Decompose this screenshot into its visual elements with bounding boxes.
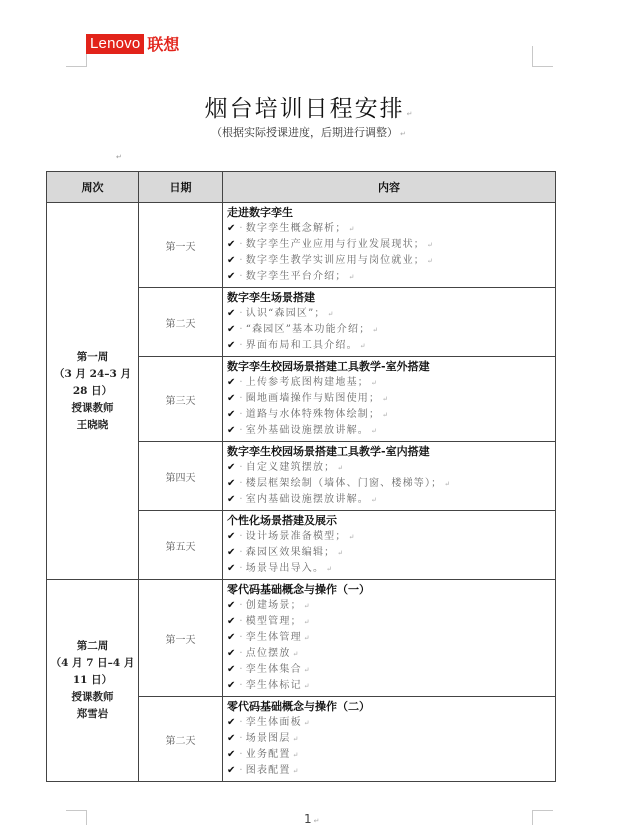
bullet-dot: · bbox=[239, 255, 243, 266]
list-item: ✔·孪生体集合↵ bbox=[227, 662, 551, 678]
bullet-dot: · bbox=[239, 664, 243, 675]
content-cell: 零代码基础概念与操作（一）✔·创建场景；↵✔·模型管理；↵✔·孪生体管理↵✔·点… bbox=[223, 580, 556, 697]
return-mark-icon: ↵ bbox=[371, 496, 377, 504]
schedule-table: 周次 日期 内容 第一周（3 月 24–3 月28 日）授课教师王晓晓第一天走进… bbox=[46, 171, 556, 782]
list-item: ✔·数字孪生概念解析；↵ bbox=[227, 221, 551, 237]
week-line: （3 月 24–3 月 bbox=[47, 366, 138, 383]
page-subtitle: （根据实际授课进度，后期进行调整）↵ bbox=[0, 124, 617, 140]
day-cell: 第四天 bbox=[139, 442, 223, 511]
item-text: 数字孪生平台介绍； bbox=[246, 271, 347, 282]
day-topic: 数字孪生校园场景搭建工具教学-室内搭建 bbox=[227, 444, 551, 460]
check-icon: ✔ bbox=[227, 749, 235, 760]
item-text: 楼层框架绘制（墙体、门窗、楼梯等）； bbox=[246, 478, 443, 489]
week-cell: 第二周（4 月 7 日–4 月11 日）授课教师郑雪岩 bbox=[47, 580, 139, 782]
table-row: 第二周（4 月 7 日–4 月11 日）授课教师郑雪岩第一天零代码基础概念与操作… bbox=[47, 580, 556, 697]
bullet-dot: · bbox=[239, 340, 243, 351]
day-topic: 零代码基础概念与操作（一） bbox=[227, 582, 551, 598]
header-date: 日期 bbox=[139, 172, 223, 203]
return-mark-icon: ↵ bbox=[304, 602, 310, 610]
return-mark-icon: ↵ bbox=[337, 464, 343, 472]
list-item: ✔·道路与水体特殊物体绘制；↵ bbox=[227, 407, 551, 423]
table-row: 第一周（3 月 24–3 月28 日）授课教师王晓晓第一天走进数字孪生✔·数字孪… bbox=[47, 203, 556, 288]
margin-corner-top-right bbox=[532, 46, 553, 67]
list-item: ✔·点位摆放↵ bbox=[227, 646, 551, 662]
bullet-dot: · bbox=[239, 717, 243, 728]
return-mark-icon: ↵ bbox=[304, 682, 310, 690]
content-cell: 数字孪生校园场景搭建工具教学-室外搭建✔·上传参考底图构建地基；↵✔·圈地画墙操… bbox=[223, 357, 556, 442]
check-icon: ✔ bbox=[227, 648, 235, 659]
bullet-dot: · bbox=[239, 547, 243, 558]
item-text: 孪生体管理 bbox=[246, 632, 302, 643]
return-mark-icon: ↵ bbox=[372, 326, 378, 334]
bullet-dot: · bbox=[239, 531, 243, 542]
list-item: ✔·数字孪生教学实训应用与岗位就业；↵ bbox=[227, 253, 551, 269]
bullet-dot: · bbox=[239, 409, 243, 420]
list-item: ✔·认识“森园区”；↵ bbox=[227, 306, 551, 322]
check-icon: ✔ bbox=[227, 547, 235, 558]
check-icon: ✔ bbox=[227, 255, 235, 266]
return-mark-icon: ↵ bbox=[304, 634, 310, 642]
day-cell: 第三天 bbox=[139, 357, 223, 442]
day-topic: 个性化场景搭建及展示 bbox=[227, 513, 551, 529]
item-text: 模型管理； bbox=[246, 616, 302, 627]
content-cell: 数字孪生校园场景搭建工具教学-室内搭建✔·自定义建筑摆放；↵✔·楼层框架绘制（墙… bbox=[223, 442, 556, 511]
check-icon: ✔ bbox=[227, 600, 235, 611]
item-text: 界面布局和工具介绍。 bbox=[246, 340, 358, 351]
header-week: 周次 bbox=[47, 172, 139, 203]
item-text: 场景导出导入。 bbox=[246, 563, 324, 574]
margin-corner-top-left bbox=[66, 46, 87, 67]
logo-text: Lenovo bbox=[86, 34, 144, 54]
check-icon: ✔ bbox=[227, 733, 235, 744]
check-icon: ✔ bbox=[227, 494, 235, 505]
list-item: ✔·场景图层↵ bbox=[227, 731, 551, 747]
return-mark-icon: ↵ bbox=[314, 817, 320, 825]
list-item: ✔·室外基础设施摆放讲解。↵ bbox=[227, 423, 551, 439]
list-item: ✔·创建场景；↵ bbox=[227, 598, 551, 614]
week-line: （4 月 7 日–4 月 bbox=[47, 655, 138, 672]
return-mark-icon: ↵ bbox=[337, 549, 343, 557]
day-topic: 走进数字孪生 bbox=[227, 205, 551, 221]
item-text: 室内基础设施摆放讲解。 bbox=[246, 494, 369, 505]
item-text: 室外基础设施摆放讲解。 bbox=[246, 425, 369, 436]
logo-chinese: 联想 bbox=[147, 36, 179, 53]
return-mark-icon: ↵ bbox=[349, 273, 355, 281]
list-item: ✔·圈地画墙操作与贴图使用；↵ bbox=[227, 391, 551, 407]
list-item: ✔·孪生体标记↵ bbox=[227, 678, 551, 694]
list-item: ✔·孪生体管理↵ bbox=[227, 630, 551, 646]
day-cell: 第一天 bbox=[139, 580, 223, 697]
bullet-dot: · bbox=[239, 749, 243, 760]
return-mark-icon: ↵ bbox=[304, 618, 310, 626]
check-icon: ✔ bbox=[227, 632, 235, 643]
return-mark-icon: ↵ bbox=[328, 310, 334, 318]
week-line: 授课教师 bbox=[47, 400, 138, 417]
bullet-dot: · bbox=[239, 425, 243, 436]
check-icon: ✔ bbox=[227, 616, 235, 627]
item-text: 道路与水体特殊物体绘制； bbox=[246, 409, 380, 420]
bullet-dot: · bbox=[239, 478, 243, 489]
item-text: 上传参考底图构建地基； bbox=[246, 377, 369, 388]
list-item: ✔·数字孪生平台介绍；↵ bbox=[227, 269, 551, 285]
list-item: ✔·业务配置↵ bbox=[227, 747, 551, 763]
bullet-dot: · bbox=[239, 377, 243, 388]
item-text: 自定义建筑摆放； bbox=[246, 462, 336, 473]
bullet-dot: · bbox=[239, 563, 243, 574]
list-item: ✔·模型管理；↵ bbox=[227, 614, 551, 630]
return-mark-icon: ↵ bbox=[407, 110, 413, 118]
content-cell: 个性化场景搭建及展示✔·设计场景准备模型；↵✔·森园区效果编辑；↵✔·场景导出导… bbox=[223, 511, 556, 580]
check-icon: ✔ bbox=[227, 324, 235, 335]
bullet-dot: · bbox=[239, 765, 243, 776]
week-line: 王晓晓 bbox=[47, 417, 138, 434]
check-icon: ✔ bbox=[227, 409, 235, 420]
list-item: ✔·上传参考底图构建地基；↵ bbox=[227, 375, 551, 391]
day-topic: 数字孪生校园场景搭建工具教学-室外搭建 bbox=[227, 359, 551, 375]
check-icon: ✔ bbox=[227, 223, 235, 234]
return-mark-icon: ↵ bbox=[382, 395, 388, 403]
list-item: ✔·界面布局和工具介绍。↵ bbox=[227, 338, 551, 354]
bullet-dot: · bbox=[239, 308, 243, 319]
bullet-dot: · bbox=[239, 680, 243, 691]
item-text: 孪生体标记 bbox=[246, 680, 302, 691]
return-mark-icon: ↵ bbox=[304, 719, 310, 727]
day-cell: 第一天 bbox=[139, 203, 223, 288]
return-mark-icon: ↵ bbox=[371, 427, 377, 435]
return-mark-icon: ↵ bbox=[293, 650, 299, 658]
check-icon: ✔ bbox=[227, 462, 235, 473]
table-header-row: 周次 日期 内容 bbox=[47, 172, 556, 203]
item-text: 设计场景准备模型； bbox=[246, 531, 347, 542]
bullet-dot: · bbox=[239, 600, 243, 611]
list-item: ✔·森园区效果编辑；↵ bbox=[227, 545, 551, 561]
list-item: ✔·“森园区”基本功能介绍；↵ bbox=[227, 322, 551, 338]
return-mark-icon: ↵ bbox=[293, 767, 299, 775]
item-text: 数字孪生产业应用与行业发展现状； bbox=[246, 239, 425, 250]
bullet-dot: · bbox=[239, 239, 243, 250]
day-topic: 零代码基础概念与操作（二） bbox=[227, 699, 551, 715]
week-line: 28 日） bbox=[47, 383, 138, 400]
bullet-dot: · bbox=[239, 733, 243, 744]
item-text: 业务配置 bbox=[246, 749, 291, 760]
content-cell: 数字孪生场景搭建✔·认识“森园区”；↵✔·“森园区”基本功能介绍；↵✔·界面布局… bbox=[223, 288, 556, 357]
list-item: ✔·孪生体面板↵ bbox=[227, 715, 551, 731]
item-text: 认识“森园区”； bbox=[246, 308, 326, 319]
check-icon: ✔ bbox=[227, 340, 235, 351]
content-cell: 走进数字孪生✔·数字孪生概念解析；↵✔·数字孪生产业应用与行业发展现状；↵✔·数… bbox=[223, 203, 556, 288]
return-mark-icon: ↵ bbox=[444, 480, 450, 488]
item-text: 创建场景； bbox=[246, 600, 302, 611]
day-cell: 第二天 bbox=[139, 697, 223, 782]
week-line: 授课教师 bbox=[47, 689, 138, 706]
day-cell: 第二天 bbox=[139, 288, 223, 357]
return-mark-icon: ↵ bbox=[304, 666, 310, 674]
return-mark-icon: ↵ bbox=[293, 735, 299, 743]
return-mark-icon: ↵ bbox=[427, 257, 433, 265]
item-text: 孪生体面板 bbox=[246, 717, 302, 728]
item-text: 场景图层 bbox=[246, 733, 291, 744]
lenovo-logo: Lenovo 联想 bbox=[86, 34, 179, 54]
week-line: 第一周 bbox=[47, 349, 138, 366]
check-icon: ✔ bbox=[227, 271, 235, 282]
list-item: ✔·室内基础设施摆放讲解。↵ bbox=[227, 492, 551, 508]
list-item: ✔·设计场景准备模型；↵ bbox=[227, 529, 551, 545]
item-text: 孪生体集合 bbox=[246, 664, 302, 675]
item-text: 数字孪生概念解析； bbox=[246, 223, 347, 234]
item-text: 数字孪生教学实训应用与岗位就业； bbox=[246, 255, 425, 266]
week-cell: 第一周（3 月 24–3 月28 日）授课教师王晓晓 bbox=[47, 203, 139, 580]
bullet-dot: · bbox=[239, 648, 243, 659]
week-line: 第二周 bbox=[47, 638, 138, 655]
check-icon: ✔ bbox=[227, 680, 235, 691]
bullet-dot: · bbox=[239, 223, 243, 234]
return-mark-icon: ↵ bbox=[116, 153, 122, 161]
week-line: 11 日） bbox=[47, 672, 138, 689]
bullet-dot: · bbox=[239, 632, 243, 643]
check-icon: ✔ bbox=[227, 765, 235, 776]
check-icon: ✔ bbox=[227, 563, 235, 574]
return-mark-icon: ↵ bbox=[326, 565, 332, 573]
page-title: 烟台培训日程安排↵ bbox=[0, 90, 617, 123]
return-mark-icon: ↵ bbox=[382, 411, 388, 419]
bullet-dot: · bbox=[239, 494, 243, 505]
return-mark-icon: ↵ bbox=[293, 751, 299, 759]
day-cell: 第五天 bbox=[139, 511, 223, 580]
list-item: ✔·数字孪生产业应用与行业发展现状；↵ bbox=[227, 237, 551, 253]
bullet-dot: · bbox=[239, 616, 243, 627]
list-item: ✔·图表配置↵ bbox=[227, 763, 551, 779]
check-icon: ✔ bbox=[227, 425, 235, 436]
return-mark-icon: ↵ bbox=[371, 379, 377, 387]
check-icon: ✔ bbox=[227, 308, 235, 319]
week-line: 郑雪岩 bbox=[47, 706, 138, 723]
item-text: 点位摆放 bbox=[246, 648, 291, 659]
content-cell: 零代码基础概念与操作（二）✔·孪生体面板↵✔·场景图层↵✔·业务配置↵✔·图表配… bbox=[223, 697, 556, 782]
return-mark-icon: ↵ bbox=[360, 342, 366, 350]
check-icon: ✔ bbox=[227, 717, 235, 728]
return-mark-icon: ↵ bbox=[349, 533, 355, 541]
header-content: 内容 bbox=[223, 172, 556, 203]
list-item: ✔·楼层框架绘制（墙体、门窗、楼梯等）；↵ bbox=[227, 476, 551, 492]
bullet-dot: · bbox=[239, 393, 243, 404]
return-mark-icon: ↵ bbox=[400, 130, 406, 138]
margin-corner-bottom-right bbox=[532, 810, 553, 825]
return-mark-icon: ↵ bbox=[349, 225, 355, 233]
check-icon: ✔ bbox=[227, 531, 235, 542]
check-icon: ✔ bbox=[227, 377, 235, 388]
item-text: “森园区”基本功能介绍； bbox=[246, 324, 371, 335]
margin-corner-bottom-left bbox=[66, 810, 87, 825]
check-icon: ✔ bbox=[227, 478, 235, 489]
list-item: ✔·自定义建筑摆放；↵ bbox=[227, 460, 551, 476]
bullet-dot: · bbox=[239, 324, 243, 335]
item-text: 森园区效果编辑； bbox=[246, 547, 336, 558]
check-icon: ✔ bbox=[227, 239, 235, 250]
bullet-dot: · bbox=[239, 462, 243, 473]
check-icon: ✔ bbox=[227, 664, 235, 675]
page-number: 1↵ bbox=[304, 812, 320, 825]
item-text: 圈地画墙操作与贴图使用； bbox=[246, 393, 380, 404]
day-topic: 数字孪生场景搭建 bbox=[227, 290, 551, 306]
list-item: ✔·场景导出导入。↵ bbox=[227, 561, 551, 577]
return-mark-icon: ↵ bbox=[427, 241, 433, 249]
item-text: 图表配置 bbox=[246, 765, 291, 776]
bullet-dot: · bbox=[239, 271, 243, 282]
check-icon: ✔ bbox=[227, 393, 235, 404]
